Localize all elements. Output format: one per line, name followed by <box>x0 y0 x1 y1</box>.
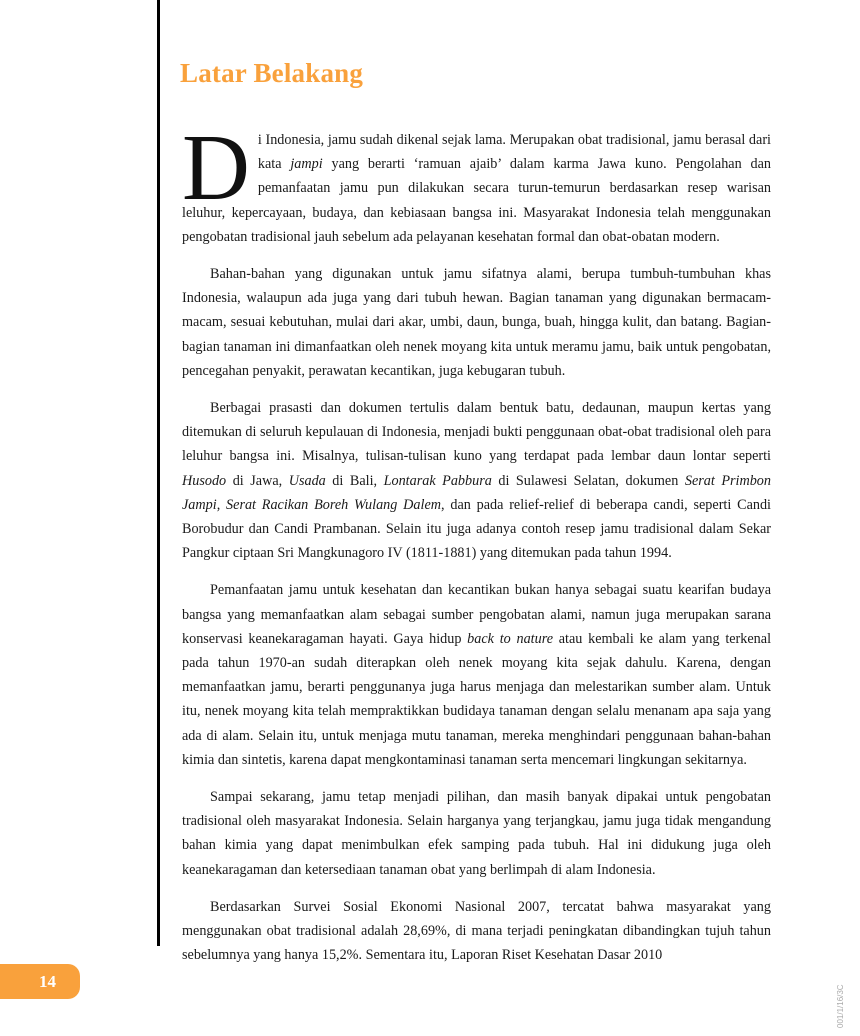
section-title: Latar Belakang <box>180 58 363 89</box>
paragraph-2: Bahan-bahan yang digunakan untuk jamu si… <box>182 262 771 383</box>
italic-term: back to nature <box>467 631 553 647</box>
text-segment: Berbagai prasasti dan dokumen tertulis d… <box>182 400 771 464</box>
italic-term: jampi <box>290 156 322 172</box>
paragraph-3: Berbagai prasasti dan dokumen tertulis d… <box>182 396 771 565</box>
text-segment: , <box>217 497 226 513</box>
italic-term: Lontarak Pabbura <box>384 473 492 489</box>
text-segment: di Sulawesi Selatan, dokumen <box>492 473 685 489</box>
text-segment: atau kembali ke alam yang terkenal pada … <box>182 631 771 768</box>
paragraph-5: Sampai sekarang, jamu tetap menjadi pili… <box>182 785 771 882</box>
text-segment: di Jawa, <box>226 473 289 489</box>
paragraph-1: Di Indonesia, jamu sudah dikenal sejak l… <box>182 128 771 249</box>
paragraph-6: Berdasarkan Survei Sosial Ekonomi Nasion… <box>182 895 771 968</box>
italic-term: Usada <box>289 473 326 489</box>
italic-term: Husodo <box>182 473 226 489</box>
page-number-tab: 14 <box>0 964 80 999</box>
text-segment: Berdasarkan Survei Sosial Ekonomi Nasion… <box>182 899 771 963</box>
italic-term: Serat Racikan Boreh Wulang Dalem <box>226 497 441 513</box>
drop-cap: D <box>182 132 250 200</box>
text-segment: Bahan-bahan yang digunakan untuk jamu si… <box>182 266 771 379</box>
text-segment: di Bali, <box>326 473 384 489</box>
text-segment: Sampai sekarang, jamu tetap menjadi pili… <box>182 789 771 878</box>
margin-rule <box>157 0 160 946</box>
page-number: 14 <box>39 972 56 992</box>
paragraph-4: Pemanfaatan jamu untuk kesehatan dan kec… <box>182 578 771 772</box>
body-text: Di Indonesia, jamu sudah dikenal sejak l… <box>182 128 771 981</box>
print-code: 001/1/16/3C <box>836 984 845 1028</box>
